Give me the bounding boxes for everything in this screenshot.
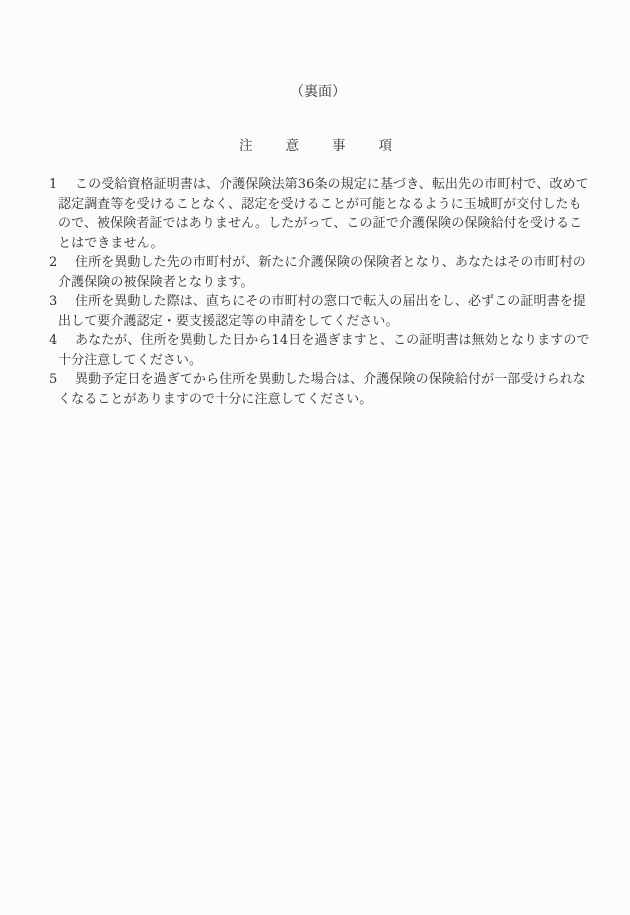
note-line: 1この受給資格証明書は、介護保険法第36条の規定に基づき、転出先の市町村で、改め…: [0, 175, 630, 195]
note-line: 介護保険の被保険者となります。: [0, 273, 630, 293]
note-number: 2: [49, 253, 75, 273]
note-line: くなることがありますので十分に注意してください。: [0, 390, 630, 410]
note-item-1: 1この受給資格証明書は、介護保険法第36条の規定に基づき、転出先の市町村で、改め…: [0, 175, 630, 253]
note-number: 4: [49, 331, 75, 351]
note-text: 住所を異動した先の市町村が、新たに介護保険の保険者となり、あなたはその市町村の: [75, 255, 586, 270]
note-line: 5異動予定日を過ぎてから住所を異動した場合は、介護保険の保険給付が一部受けられな: [0, 370, 630, 390]
note-text: この受給資格証明書は、介護保険法第36条の規定に基づき、転出先の市町村で、改めて: [75, 177, 589, 192]
note-number: 3: [49, 292, 75, 312]
back-side-label: （裏面）: [290, 82, 346, 102]
note-text: 住所を異動した際は、直ちにその市町村の窓口で転入の届出をし、必ずこの証明書を提: [75, 294, 586, 309]
note-line: 十分注意してください。: [0, 351, 630, 371]
note-item-4: 4あなたが、住所を異動した日から14日を過ぎますと、この証明書は無効となりますの…: [0, 331, 630, 370]
note-line: ので、被保険者証ではありません。したがって、この証で介護保険の保険給付を受けるこ: [0, 214, 630, 234]
note-line: とはできません。: [0, 234, 630, 254]
notes-heading: 注意事項: [239, 136, 425, 156]
note-number: 5: [49, 370, 75, 390]
note-line: 出して要介護認定・要支援認定等の申請をしてください。: [0, 312, 630, 332]
note-item-2: 2住所を異動した先の市町村が、新たに介護保険の保険者となり、あなたはその市町村の…: [0, 253, 630, 292]
note-text: あなたが、住所を異動した日から14日を過ぎますと、この証明書は無効となりますので: [75, 333, 590, 348]
note-text: 異動予定日を過ぎてから住所を異動した場合は、介護保険の保険給付が一部受けられな: [75, 372, 586, 387]
note-item-5: 5異動予定日を過ぎてから住所を異動した場合は、介護保険の保険給付が一部受けられな…: [0, 370, 630, 409]
document-back-page: （裏面） 注意事項 1この受給資格証明書は、介護保険法第36条の規定に基づき、転…: [0, 0, 630, 915]
note-line: 4あなたが、住所を異動した日から14日を過ぎますと、この証明書は無効となりますの…: [0, 331, 630, 351]
notes-list: 1この受給資格証明書は、介護保険法第36条の規定に基づき、転出先の市町村で、改め…: [0, 175, 630, 409]
note-number: 1: [49, 175, 75, 195]
note-line: 認定調査等を受けることなく、認定を受けることが可能となるように玉城町が交付したも: [0, 195, 630, 215]
note-line: 2住所を異動した先の市町村が、新たに介護保険の保険者となり、あなたはその市町村の: [0, 253, 630, 273]
note-line: 3住所を異動した際は、直ちにその市町村の窓口で転入の届出をし、必ずこの証明書を提: [0, 292, 630, 312]
note-item-3: 3住所を異動した際は、直ちにその市町村の窓口で転入の届出をし、必ずこの証明書を提…: [0, 292, 630, 331]
